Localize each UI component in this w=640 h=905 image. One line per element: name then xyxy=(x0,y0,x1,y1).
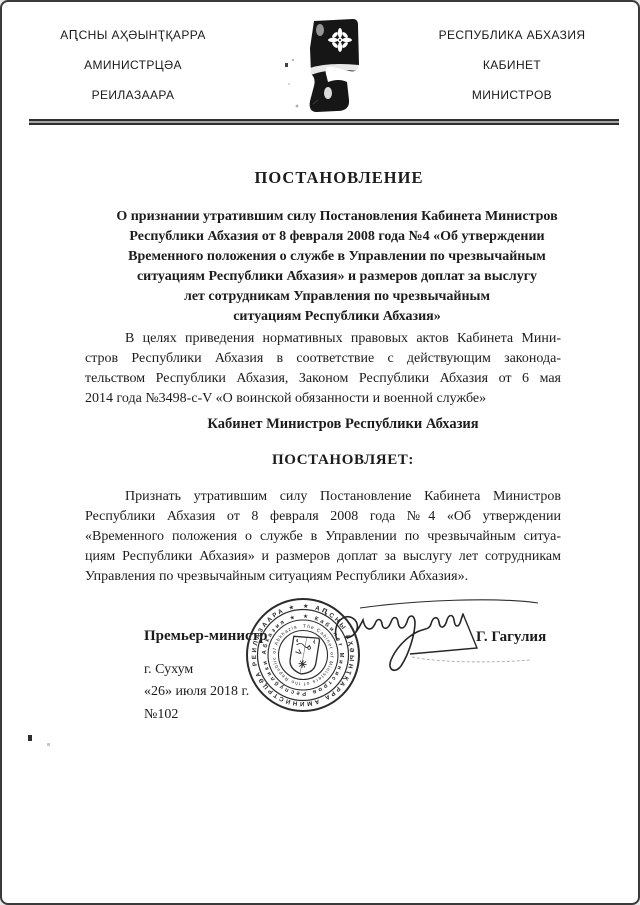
preamble-line: стров Республики Абхазия в соответствие … xyxy=(85,349,561,369)
resolves-heading: ПОСТАНОВЛЯЕТ: xyxy=(105,452,581,469)
preamble-line: 2014 года №3498-с-V «О воинской обязанно… xyxy=(85,389,561,409)
scan-artifact xyxy=(28,735,32,741)
resolution-line: «Временного положения о службе в Управле… xyxy=(85,527,561,547)
document-page: АԤСНЫ АҲӘЫНҬҚАРРА АМИНИСТРЦӘА РЕИЛАЗААРА xyxy=(0,0,640,905)
signature-date: «26» июля 2018 г. xyxy=(144,684,249,700)
subject-line: О признании утратившим силу Постановлени… xyxy=(97,207,577,227)
resolution-line: Признать утратившим силу Постановление К… xyxy=(85,487,561,507)
subject-line: ситуациям Республики Абхазия» xyxy=(97,307,577,327)
subject-line: ситуациям Республики Абхазия» и размеров… xyxy=(97,267,577,287)
subject-line: Временного положения о службе в Управлен… xyxy=(97,247,577,267)
resolution-line: циям Республики Абхазия» и размеров допл… xyxy=(85,547,561,567)
header-divider xyxy=(29,119,619,125)
letterhead-russian-line2: КАБИНЕТ xyxy=(382,50,640,80)
preamble-paragraph: В целях приведения нормативных правовых … xyxy=(85,329,561,409)
subject-line: лет сотрудникам Управления по чрезвычайн… xyxy=(97,287,577,307)
resolution-line: Республики Абхазия от 8 февраля 2008 год… xyxy=(85,507,561,527)
document-title: ПОСТАНОВЛЕНИЕ xyxy=(101,168,577,188)
letterhead-russian-line1: РЕСПУБЛИКА АБХАЗИЯ xyxy=(382,20,640,50)
preamble-line: В целях приведения нормативных правовых … xyxy=(85,329,561,349)
letterhead-russian-line3: МИНИСТРОВ xyxy=(382,80,640,110)
authority-heading: Кабинет Министров Республики Абхазия xyxy=(105,416,581,433)
subject-line: Республики Абхазия от 8 февраля 2008 год… xyxy=(97,227,577,247)
handwritten-signature xyxy=(317,590,547,680)
letterhead-abkhaz-line2: АМИНИСТРЦӘА xyxy=(2,50,264,80)
document-subject: О признании утратившим силу Постановлени… xyxy=(97,207,577,327)
letterhead-abkhaz: АԤСНЫ АҲӘЫНҬҚАРРА АМИНИСТРЦӘА РЕИЛАЗААРА xyxy=(2,20,264,110)
preamble-line: тельством Республики Абхазия, Законом Ре… xyxy=(85,369,561,389)
letterhead-abkhaz-line3: РЕИЛАЗААРА xyxy=(2,80,264,110)
signature-city: г. Сухум xyxy=(144,662,193,678)
letterhead-russian: РЕСПУБЛИКА АБХАЗИЯ КАБИНЕТ МИНИСТРОВ xyxy=(382,20,640,110)
letterhead-abkhaz-line1: АԤСНЫ АҲӘЫНҬҚАРРА xyxy=(2,20,264,50)
scan-artifact xyxy=(47,743,50,746)
document-number: №102 xyxy=(144,707,178,723)
stamp-center-shield xyxy=(288,634,320,676)
resolution-paragraph: Признать утратившим силу Постановление К… xyxy=(85,487,561,587)
resolution-line: Управления по чрезвычайным ситуациям Рес… xyxy=(85,567,561,587)
state-emblem-icon xyxy=(283,18,363,114)
